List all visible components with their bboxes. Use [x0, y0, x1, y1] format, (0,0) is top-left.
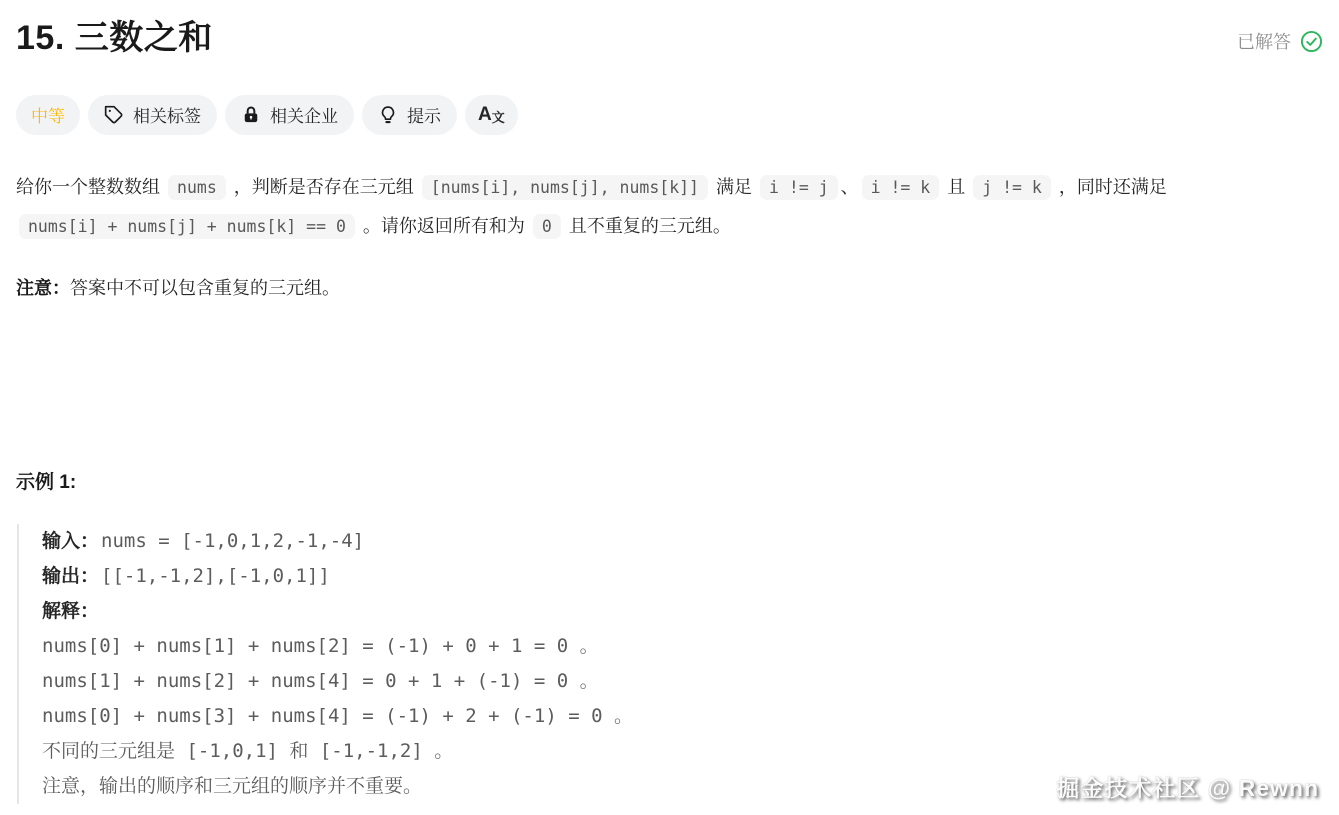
output-value: [[-1,-1,2],[-1,0,1]] — [101, 565, 330, 587]
example-explanation-line: nums[0] + nums[1] + nums[2] = (-1) + 0 +… — [42, 629, 1323, 664]
desc-text: 给你一个整数数组 — [16, 177, 165, 197]
related-companies-label: 相关企业 — [270, 102, 338, 127]
inline-code: [nums[i], nums[j], nums[k]] — [422, 175, 708, 200]
inline-code: 0 — [533, 214, 561, 239]
example-block: 输入：nums = [-1,0,1,2,-1,-4] 输出：[[-1,-1,2]… — [17, 524, 1323, 804]
inline-code: nums — [168, 175, 226, 200]
hint-label: 提示 — [407, 102, 441, 127]
desc-text: 。请你返回所有和为 — [358, 216, 530, 236]
translate-button[interactable]: A 文 — [465, 95, 518, 135]
example-explanation-line: 不同的三元组是 [-1,0,1] 和 [-1,-1,2] 。 — [42, 734, 1323, 769]
output-label: 输出： — [42, 566, 99, 587]
inline-code: nums[i] + nums[j] + nums[k] == 0 — [19, 214, 355, 239]
input-value: nums = [-1,0,1,2,-1,-4] — [101, 530, 364, 552]
input-label: 输入： — [42, 531, 99, 552]
problem-page: 15. 三数之和 已解答 中等 相关标签 — [0, 0, 1339, 815]
check-circle-icon — [1300, 30, 1323, 53]
lock-icon — [241, 105, 261, 125]
desc-text: ，同时还满足 — [1054, 177, 1167, 197]
note-label: 注意： — [16, 278, 70, 298]
title-row: 15. 三数之和 已解答 — [16, 12, 1323, 59]
desc-text: 且 — [942, 177, 970, 197]
solved-label: 已解答 — [1237, 28, 1291, 54]
badge-row: 中等 相关标签 相关企业 — [16, 95, 1323, 135]
desc-text: ，判断是否存在三元组 — [229, 177, 419, 197]
watermark: 掘金技术社区 @ Rewnn — [1056, 770, 1319, 803]
related-tags-label: 相关标签 — [133, 102, 201, 127]
related-companies-button[interactable]: 相关企业 — [225, 95, 354, 135]
note-paragraph: 注意：答案中不可以包含重复的三元组。 — [16, 274, 1323, 302]
desc-text: 满足 — [711, 177, 757, 197]
example-explanation-label-line: 解释： — [42, 594, 1323, 629]
note-text: 答案中不可以包含重复的三元组。 — [70, 278, 340, 298]
desc-text: 、 — [841, 177, 859, 197]
example-heading: 示例 1: — [16, 467, 1323, 494]
solved-status: 已解答 — [1237, 28, 1323, 54]
explanation-label: 解释： — [42, 601, 99, 622]
example-input-line: 输入：nums = [-1,0,1,2,-1,-4] — [42, 524, 1323, 559]
inline-code: i != k — [862, 175, 940, 200]
related-tags-button[interactable]: 相关标签 — [88, 95, 217, 135]
lightbulb-icon — [378, 105, 398, 125]
tag-icon — [104, 105, 124, 125]
difficulty-badge[interactable]: 中等 — [16, 95, 80, 135]
problem-description: 给你一个整数数组 nums ，判断是否存在三元组 [nums[i], nums[… — [16, 168, 1323, 246]
inline-code: j != k — [973, 175, 1051, 200]
example-explanation-line: nums[0] + nums[3] + nums[4] = (-1) + 2 +… — [42, 699, 1323, 734]
desc-text: 且不重复的三元组。 — [564, 216, 731, 236]
example-explanation-line: nums[1] + nums[2] + nums[4] = 0 + 1 + (-… — [42, 664, 1323, 699]
hint-button[interactable]: 提示 — [362, 95, 457, 135]
translate-icon: A — [478, 104, 492, 126]
translate-icon-sub: 文 — [492, 107, 505, 126]
inline-code: i != j — [760, 175, 838, 200]
page-title: 15. 三数之和 — [16, 18, 213, 59]
example-output-line: 输出：[[-1,-1,2],[-1,0,1]] — [42, 559, 1323, 594]
